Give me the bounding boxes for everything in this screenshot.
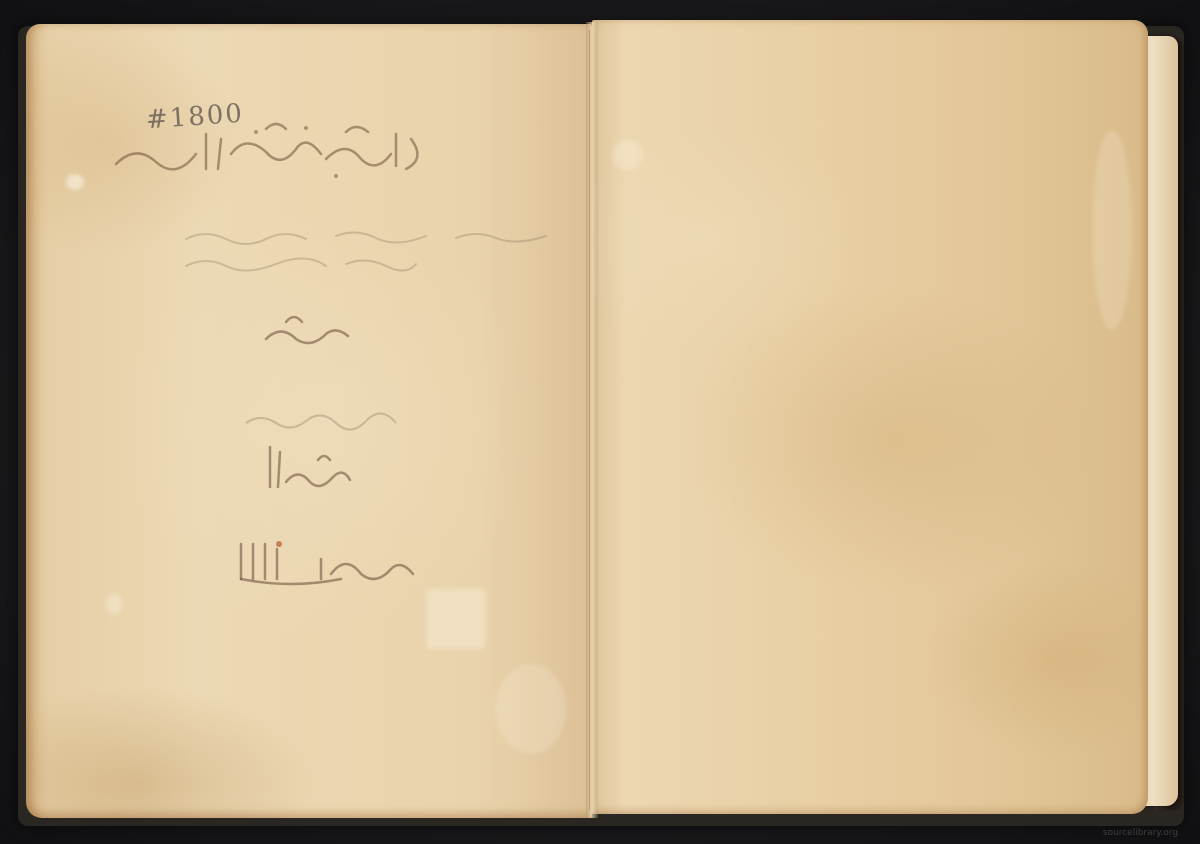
gutter-fold (589, 30, 590, 810)
inscription-title-line (106, 114, 436, 184)
paper-stain (66, 174, 84, 190)
inscription-word-block-2 (231, 534, 421, 594)
right-page (592, 20, 1148, 814)
inscription-short-word (256, 304, 356, 354)
paper-stain (612, 140, 642, 170)
inscription-faint-lines (176, 224, 556, 284)
book-gutter (586, 22, 598, 818)
watermark: sourcelibrary.org (1103, 828, 1178, 838)
inscription-word-block-1 (258, 442, 358, 502)
paper-stain (106, 594, 122, 614)
paper-stain (426, 589, 486, 649)
paper-stain (496, 664, 566, 754)
paper-stain (1092, 130, 1132, 330)
inscription-small-line (241, 409, 401, 433)
left-page: #1800 (26, 24, 592, 818)
